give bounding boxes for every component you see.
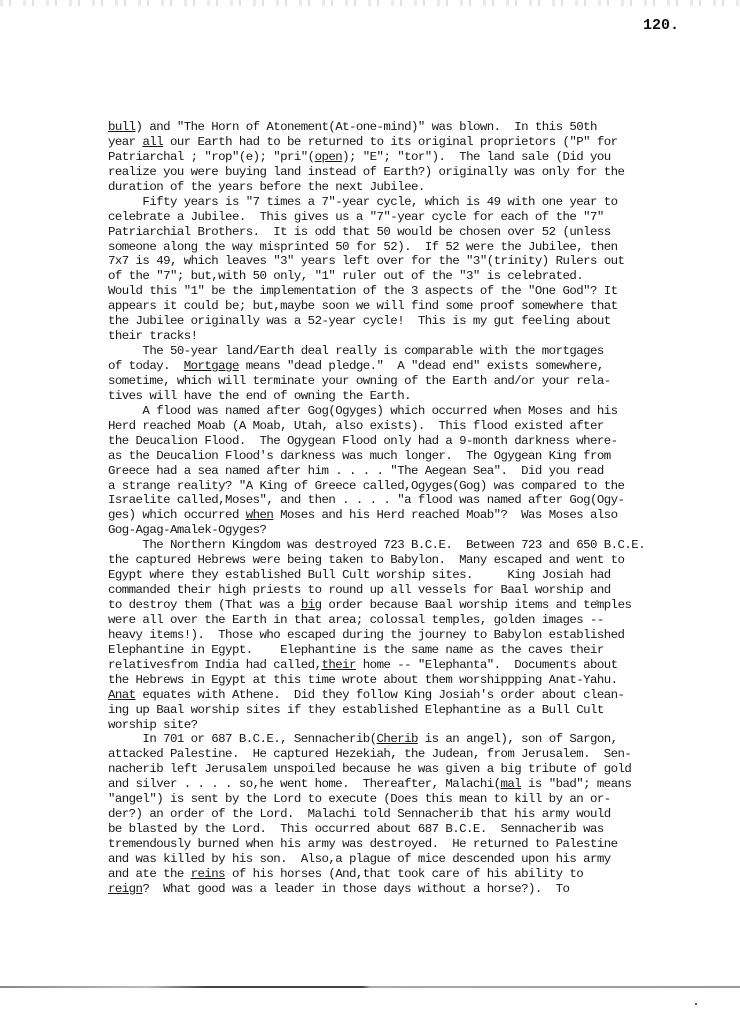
text-line: 7x7 is 49, which leaves "3" years left o…: [108, 254, 708, 269]
text-line: reign? What good was a leader in those d…: [108, 882, 708, 897]
text-line: duration of the years before the next Ju…: [108, 180, 708, 195]
text-line: Egypt where they established Bull Cult w…: [108, 568, 708, 583]
text-line: nacherib left Jerusalem unspoiled becaus…: [108, 762, 708, 777]
underlined-word: their: [321, 658, 355, 672]
text-run: Gog-Agag-Amalek-Ogyges?: [108, 523, 266, 537]
text-run: is an angel), son of Sargon,: [418, 732, 618, 746]
text-run: means "dead pledge." A "dead end" exists…: [239, 359, 604, 373]
text-line: Anat equates with Athene. Did they follo…: [108, 688, 708, 703]
text-run: nacherib left Jerusalem unspoiled becaus…: [108, 762, 631, 776]
text-run: of today.: [108, 359, 184, 373]
text-run: year: [108, 135, 142, 149]
text-line: the Hebrews in Egypt at this time wrote …: [108, 673, 708, 688]
text-run: home -- "Elephanta". Documents about: [356, 658, 618, 672]
text-run: "angel") is sent by the Lord to execute …: [108, 792, 611, 806]
underlined-word: Anat: [108, 688, 136, 702]
underlined-word: Cherib: [377, 732, 418, 746]
text-line: Herd reached Moab (A Moab, Utah, also ex…: [108, 419, 708, 434]
text-line: The Northern Kingdom was destroyed 723 B…: [108, 538, 708, 553]
text-line: their tracks!: [108, 329, 708, 344]
text-line: ing up Baal worship sites if they establ…: [108, 703, 708, 718]
text-line: the captured Hebrews were being taken to…: [108, 553, 708, 568]
text-line: appears it could be; but,maybe soon we w…: [108, 299, 708, 314]
text-line: Greece had a sea named after him . . . .…: [108, 464, 708, 479]
text-run: heavy items!). Those who escaped during …: [108, 628, 624, 642]
scan-speck: [695, 1003, 697, 1005]
text-line: worship site?: [108, 718, 708, 733]
text-run: and ate the: [108, 867, 191, 881]
text-line: be blasted by the Lord. This occurred ab…: [108, 822, 708, 837]
text-line: Patriarchal ; "rop"(e); "pri"(open); "E"…: [108, 150, 708, 165]
text-run: ); "E"; "tor"). The land sale (Did you: [342, 150, 611, 164]
text-line: Elephantine in Egypt. Elephantine is the…: [108, 643, 708, 658]
text-run: Herd reached Moab (A Moab, Utah, also ex…: [108, 419, 604, 433]
text-line: sometime, which will terminate your owni…: [108, 374, 708, 389]
document-body: bull) and "The Horn of Atonement(At-one-…: [108, 120, 708, 897]
text-run: the Deucalion Flood. The Ogygean Flood o…: [108, 434, 618, 448]
text-line: der?) an order of the Lord. Malachi told…: [108, 807, 708, 822]
text-run: sometime, which will terminate your owni…: [108, 374, 611, 388]
underlined-word: open: [315, 150, 343, 164]
underlined-word: Mortgage: [184, 359, 239, 373]
text-run: ) and "The Horn of Atonement(At-one-mind…: [136, 120, 597, 134]
underlined-word: big: [301, 598, 322, 612]
text-line: Patriarchial Brothers. It is odd that 50…: [108, 225, 708, 240]
text-run: of his horses (And,that took care of his…: [225, 867, 583, 881]
text-run: and was killed by his son. Also,a plague…: [108, 852, 611, 866]
text-line: to destroy them (That was a big order be…: [108, 598, 708, 613]
text-line: of today. Mortgage means "dead pledge." …: [108, 359, 708, 374]
text-run: The Northern Kingdom was destroyed 723 B…: [108, 538, 645, 552]
underlined-word: reins: [191, 867, 225, 881]
underlined-word: mal: [500, 777, 521, 791]
text-run: Elephantine in Egypt. Elephantine is the…: [108, 643, 604, 657]
text-run: their tracks!: [108, 329, 198, 343]
text-line: heavy items!). Those who escaped during …: [108, 628, 708, 643]
text-run: our Earth had to be returned to its orig…: [163, 135, 617, 149]
text-line: celebrate a Jubilee. This gives us a "7"…: [108, 210, 708, 225]
text-run: Egypt where they established Bull Cult w…: [108, 568, 611, 582]
text-run: a strange reality? "A King of Greece cal…: [108, 479, 624, 493]
text-line: a strange reality? "A King of Greece cal…: [108, 479, 708, 494]
text-run: der?) an order of the Lord. Malachi told…: [108, 807, 611, 821]
underlined-word: reign: [108, 882, 142, 896]
text-line: the Deucalion Flood. The Ogygean Flood o…: [108, 434, 708, 449]
text-line: relativesfrom India had called,their hom…: [108, 658, 708, 673]
text-line: were all over the Earth in that area; co…: [108, 613, 708, 628]
text-run: appears it could be; but,maybe soon we w…: [108, 299, 618, 313]
text-run: 7x7 is 49, which leaves "3" years left o…: [108, 254, 624, 268]
text-run: the captured Hebrews were being taken to…: [108, 553, 624, 567]
text-line: of the "7"; but,with 50 only, "1" ruler …: [108, 269, 708, 284]
text-line: tives will have the end of owning the Ea…: [108, 389, 708, 404]
underlined-word: when: [246, 508, 274, 522]
text-run: worship site?: [108, 718, 198, 732]
text-run: commanded their high priests to round up…: [108, 583, 611, 597]
text-run: to destroy them (That was a: [108, 598, 301, 612]
text-run: attacked Palestine. He captured Hezekiah…: [108, 747, 631, 761]
text-run: tives will have the end of owning the Ea…: [108, 389, 411, 403]
page-number: 120.: [643, 17, 679, 34]
text-line: bull) and "The Horn of Atonement(At-one-…: [108, 120, 708, 135]
text-line: Fifty years is "7 times a 7"-year cycle,…: [108, 195, 708, 210]
text-run: as the Deucalion Flood's darkness was mu…: [108, 449, 611, 463]
text-line: and silver . . . . so,he went home. Ther…: [108, 777, 708, 792]
text-line: someone along the way misprinted 50 for …: [108, 240, 708, 255]
text-run: ing up Baal worship sites if they establ…: [108, 703, 604, 717]
text-run: Patriarchal ; "rop"(e); "pri"(: [108, 150, 315, 164]
text-run: A flood was named after Gog(Ogyges) whic…: [108, 404, 618, 418]
text-run: were all over the Earth in that area; co…: [108, 613, 604, 627]
text-run: Moses and his Herd reached Moab"? Was Mo…: [273, 508, 617, 522]
text-run: In 701 or 687 B.C.E., Sennacherib(: [108, 732, 377, 746]
text-line: Israelite called,Moses", and then . . . …: [108, 493, 708, 508]
text-run: the Jubilee originally was a 52-year cyc…: [108, 314, 611, 328]
text-run: order because Baal worship items and tem…: [321, 598, 631, 612]
text-run: be blasted by the Lord. This occurred ab…: [108, 822, 604, 836]
text-run: relativesfrom India had called,: [108, 658, 321, 672]
text-run: The 50-year land/Earth deal really is co…: [108, 344, 604, 358]
text-line: as the Deucalion Flood's darkness was mu…: [108, 449, 708, 464]
text-line: and was killed by his son. Also,a plague…: [108, 852, 708, 867]
text-run: duration of the years before the next Ju…: [108, 180, 425, 194]
text-run: equates with Athene. Did they follow Kin…: [136, 688, 625, 702]
underlined-word: all: [142, 135, 163, 149]
text-run: Patriarchial Brothers. It is odd that 50…: [108, 225, 611, 239]
text-run: Would this "1" be the implementation of …: [108, 284, 618, 298]
text-line: Gog-Agag-Amalek-Ogyges?: [108, 523, 708, 538]
text-line: the Jubilee originally was a 52-year cyc…: [108, 314, 708, 329]
text-line: Would this "1" be the implementation of …: [108, 284, 708, 299]
text-line: In 701 or 687 B.C.E., Sennacherib(Cherib…: [108, 732, 708, 747]
text-run: tremendously burned when his army was de…: [108, 837, 618, 851]
text-line: and ate the reins of his horses (And,tha…: [108, 867, 708, 882]
text-run: ? What good was a leader in those days w…: [142, 882, 569, 896]
text-run: of the "7"; but,with 50 only, "1" ruler …: [108, 269, 583, 283]
text-line: A flood was named after Gog(Ogyges) whic…: [108, 404, 708, 419]
text-run: ges) which occurred: [108, 508, 246, 522]
text-line: realize you were buying land instead of …: [108, 165, 708, 180]
footer-rule: [0, 986, 740, 988]
text-run: and silver . . . . so,he went home. Ther…: [108, 777, 500, 791]
text-line: attacked Palestine. He captured Hezekiah…: [108, 747, 708, 762]
underlined-word: bull: [108, 120, 136, 134]
text-run: the Hebrews in Egypt at this time wrote …: [108, 673, 618, 687]
text-run: realize you were buying land instead of …: [108, 165, 624, 179]
text-run: Greece had a sea named after him . . . .…: [108, 464, 604, 478]
text-line: commanded their high priests to round up…: [108, 583, 708, 598]
text-line: tremendously burned when his army was de…: [108, 837, 708, 852]
text-line: "angel") is sent by the Lord to execute …: [108, 792, 708, 807]
text-line: The 50-year land/Earth deal really is co…: [108, 344, 708, 359]
text-run: is "bad"; means: [521, 777, 631, 791]
text-run: Israelite called,Moses", and then . . . …: [108, 493, 624, 507]
scan-speck: [596, 600, 598, 602]
text-run: Fifty years is "7 times a 7"-year cycle,…: [108, 195, 618, 209]
text-line: ges) which occurred when Moses and his H…: [108, 508, 708, 523]
text-run: someone along the way misprinted 50 for …: [108, 240, 618, 254]
text-run: celebrate a Jubilee. This gives us a "7"…: [108, 210, 604, 224]
text-line: year all our Earth had to be returned to…: [108, 135, 708, 150]
scan-edge-noise: [0, 0, 740, 6]
